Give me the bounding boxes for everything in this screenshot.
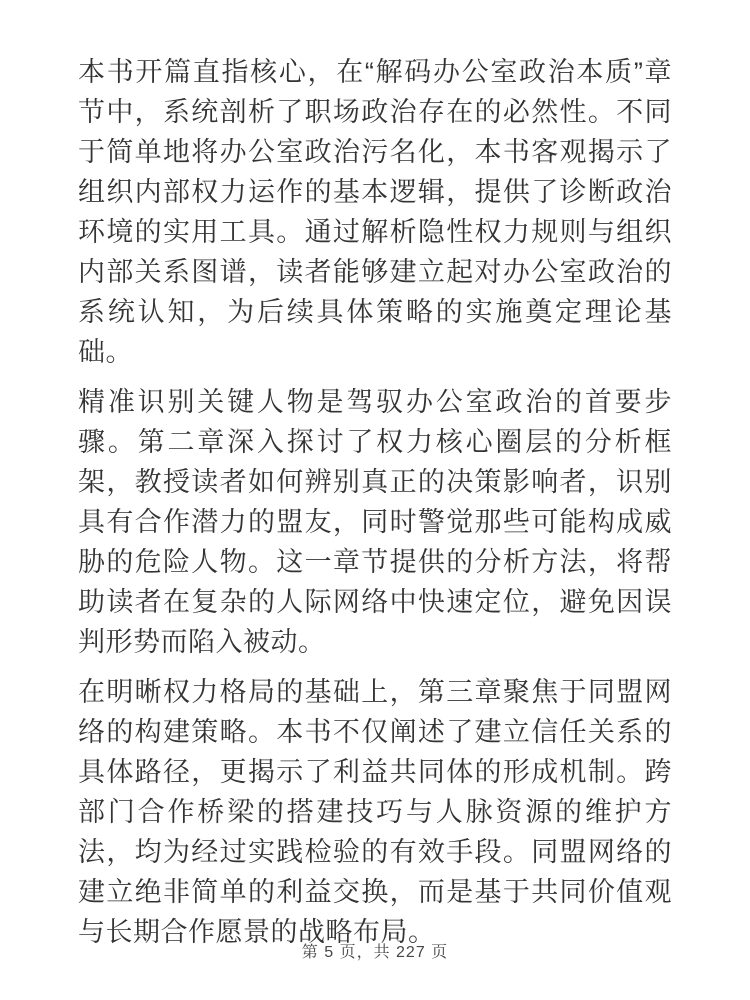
page-indicator: 第 5 页，共 227 页	[302, 944, 448, 961]
document-page: 本书开篇直指核心，在“解码办公室政治本质”章节中，系统剖析了职场政治存在的必然性…	[0, 0, 750, 1000]
paragraph-2: 精准识别关键人物是驾驭办公室政治的首要步骤。第二章深入探讨了权力核心圈层的分析框…	[78, 382, 672, 662]
page-body: 本书开篇直指核心，在“解码办公室政治本质”章节中，系统剖析了职场政治存在的必然性…	[78, 52, 672, 952]
paragraph-3: 在明晰权力格局的基础上，第三章聚焦于同盟网络的构建策略。本书不仅阐述了建立信任关…	[78, 672, 672, 952]
page-footer: 第 5 页，共 227 页	[0, 943, 750, 963]
paragraph-1: 本书开篇直指核心，在“解码办公室政治本质”章节中，系统剖析了职场政治存在的必然性…	[78, 52, 672, 372]
